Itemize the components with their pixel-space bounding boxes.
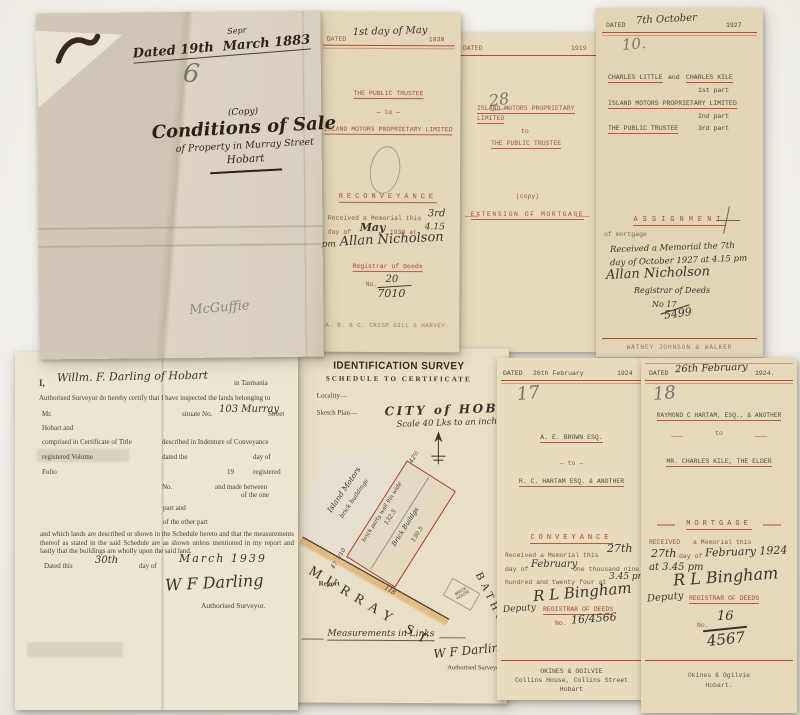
dated-the-label: dated the: [162, 453, 187, 461]
firm-line2: Hobart.: [641, 682, 797, 689]
party2: THE PUBLIC TRUSTEE: [491, 140, 561, 147]
registered-volume-label: registered Volume: [42, 453, 93, 461]
registrar-title-hand: Registrar of Deeds: [634, 286, 710, 295]
faint-stamp-bottom: [27, 642, 123, 657]
party3-text: THE PUBLIC TRUSTEE: [608, 125, 678, 134]
red-rule: [602, 32, 757, 33]
hobart-and: Hobart and: [42, 424, 73, 432]
pencil-number: 10.: [621, 35, 646, 54]
heading-reconveyance: RECONVEYANCE: [316, 193, 460, 202]
pen-cross-mark: [716, 220, 740, 221]
report-label: Report: [319, 580, 340, 588]
document-conditions-of-sale: 6 Sepr Dated 19th March 1883 (Copy) Cond…: [36, 11, 324, 360]
memorial-no-top: 16: [717, 610, 734, 625]
firm-name: WATNEY JOHNSON & WALKER: [596, 345, 763, 352]
heading-text: CONVEYANCE: [530, 534, 612, 544]
dated-label: DATED: [606, 22, 626, 29]
dash-left: [301, 638, 323, 639]
dated-this-label: Dated this: [44, 562, 73, 570]
red-rule: [645, 380, 793, 381]
part1-label: 1st part: [698, 87, 729, 94]
dated-year: 1919: [571, 45, 587, 52]
dated-label: DATED: [463, 45, 483, 52]
red-smudge-right: [763, 524, 781, 526]
dated-text: Dated 19th March 1883: [132, 32, 311, 63]
dash-right: [439, 637, 465, 638]
title-block: (Copy) Conditions of Sale of Property in…: [118, 101, 371, 179]
memorial-line2: day of: [505, 566, 528, 573]
tasmania-label: in Tasmania: [234, 379, 268, 387]
memorial-no-top: 20: [385, 274, 398, 286]
firm-name: A. B. & C. CRISP GILL & HARVEY.: [315, 323, 459, 331]
described-label: described in Indenture of Conveyance: [162, 438, 269, 446]
pencil-signature: McGuffie: [189, 299, 250, 319]
memorial-month-hand: February 1924: [705, 545, 788, 561]
pencil-number: 6: [181, 59, 200, 90]
fold-crease: [38, 225, 322, 231]
registered-label: registered: [253, 468, 281, 476]
red-dash-right: [755, 436, 767, 437]
dated-label: DATED: [327, 36, 347, 44]
photo-stage: 6 Sepr Dated 19th March 1883 (Copy) Cond…: [0, 0, 800, 715]
party1-text: ISLAND MOTORS PROPRIETARY: [477, 105, 575, 114]
firm-line2: Collins House, Collins Street: [497, 677, 646, 684]
party1-text: A. E. BROWN ESQ.: [540, 434, 602, 443]
surveyor-signature-label: Authorised Surveyor: [447, 664, 501, 672]
dated-hand: 1st day of May: [353, 25, 428, 39]
dated-insert: Sepr: [227, 26, 247, 37]
heading-extension: EXTENSION OF MORTGAGE: [455, 211, 600, 218]
dated-day-hand: 30th: [95, 555, 118, 567]
party1-text: THE PUBLIC TRUSTEE: [353, 90, 423, 99]
and-label: and: [668, 74, 680, 81]
registrar-title: REGISTRAR OF DEEDS: [689, 595, 759, 602]
memorial-pre: RECEIVED: [649, 539, 680, 546]
party1-line1: ISLAND MOTORS PROPRIETARY: [477, 105, 575, 112]
flourish-underline: [210, 168, 282, 173]
no-label: No.: [555, 620, 567, 627]
authorised-surveyor-label: Authorised Surveyor.: [201, 602, 265, 611]
party2-text: MR. CHARLES KILE, THE ELDER: [666, 458, 771, 467]
part3-label: 3rd part: [698, 125, 729, 132]
dated-month-hand: March 1939: [179, 553, 267, 566]
memorial-day-hand: 27th: [651, 548, 677, 561]
red-rule: [501, 380, 642, 381]
heading-text: RECONVEYANCE: [339, 193, 437, 204]
to-label: — to —: [497, 460, 646, 467]
memorial-day-hand: 3rd: [428, 208, 446, 220]
party2: MR. CHARLES KILE, THE ELDER: [641, 458, 797, 465]
party1-text2: LIMITED: [477, 115, 504, 124]
red-rule: [459, 55, 596, 56]
locality-label: Locality—: [317, 392, 347, 400]
registrar-signature: Allan Nicholson: [339, 231, 444, 251]
folio-label: Folio: [42, 468, 57, 476]
party2-text: ISLAND MOTORS PROPRIETARY LIMITED: [608, 100, 737, 109]
party2: R. C. HARTAM ESQ. & ANOTHER: [497, 478, 646, 485]
certify-line: Authorised Surveyor do hereby certify th…: [39, 394, 270, 402]
red-rule: [323, 45, 455, 47]
heading-text: MORTGAGE: [686, 520, 752, 530]
copy-label: (copy): [455, 193, 600, 200]
red-rule-bottom: [602, 338, 757, 339]
red-rule-bottom: [645, 660, 793, 661]
day-of-label: day of: [253, 453, 271, 461]
dated-label: DATED: [503, 370, 523, 377]
party1: RAYMOND C HARTAM, ESQ., & ANOTHER: [641, 412, 797, 419]
deputy-hand: Deputy: [503, 603, 536, 616]
dated-label: DATED: [649, 370, 669, 377]
firm-line1: Okines & Ogilvie: [641, 672, 797, 679]
dated-year: 1924.: [755, 370, 775, 377]
document-reconveyance: DATED 1st day of May 1930 THE PUBLIC TRU…: [315, 12, 461, 353]
year19-label: 19: [227, 468, 234, 476]
registrar-text: Registrar of Deeds: [352, 263, 422, 272]
document-surveyor-certificate: I, Willm. F. Darling of Hobart in Tasman…: [15, 352, 298, 710]
document-identification-survey: IDENTIFICATION SURVEY SCHEDULE TO CERTIF…: [287, 347, 509, 703]
dated-year: 1927: [726, 22, 742, 29]
scale-hand: Scale 40 Lks to an inch: [396, 418, 497, 431]
no-label: No.: [162, 483, 172, 491]
dated-year: 1924: [617, 370, 633, 377]
memorial-no-bottom: 7010: [377, 288, 405, 301]
dated-hand: 26th February: [675, 362, 748, 376]
dated-hand: 7th October: [636, 12, 697, 27]
deputy-hand: Deputy: [647, 590, 684, 605]
party1-line2: LIMITED: [477, 115, 504, 122]
made-between-label: and made between: [215, 483, 267, 491]
heading-text: ASSIGNMENT: [633, 216, 725, 226]
party1b-text: CHARLES KILE: [686, 74, 733, 83]
registrar-signature: Allan Nicholson: [606, 265, 710, 284]
party1a: CHARLES LITTLE: [608, 74, 663, 81]
registrar-text: REGISTRAR OF DEEDS: [689, 595, 759, 604]
fold-crease: [39, 243, 323, 249]
document-conveyance: DATED 26th February 1924 17 A. E. BROWN …: [497, 358, 646, 700]
document-extension-of-mortgage: DATED 1919 28 ISLAND MOTORS PROPRIETARY …: [455, 33, 600, 352]
to-label: to: [521, 128, 529, 135]
heading-conveyance: CONVEYANCE: [497, 534, 646, 542]
party2-text: R. C. HARTAM ESQ. & ANOTHER: [519, 478, 624, 487]
pencil-number: 17: [516, 383, 541, 406]
situate-label: situate No.: [182, 410, 212, 418]
registrar-title: Registrar of Deeds: [316, 263, 460, 271]
document-assignment: DATED 7th October 1927 10. CHARLES LITTL…: [596, 8, 763, 357]
street-label: Street: [268, 410, 284, 418]
party2: ISLAND MOTORS PROPRIETARY LIMITED: [608, 100, 737, 107]
survey-title: IDENTIFICATION SURVEY: [295, 359, 502, 372]
of-the-one-label: of the one: [241, 491, 269, 499]
day-of-label: day of: [679, 553, 702, 560]
party1-text: RAYMOND C HARTAM, ESQ., & ANOTHER: [657, 412, 782, 421]
memorial-no-hand: 16/4566: [571, 611, 617, 627]
pencil-number: 18: [652, 383, 677, 406]
party1: A. E. BROWN ESQ.: [497, 434, 646, 441]
no-label: No.: [365, 281, 377, 289]
part2-label: 2nd part: [698, 113, 729, 120]
heading-sub: of mortgage: [604, 231, 647, 238]
dated-typed: 26th February: [533, 370, 584, 377]
surveyor-name-hand: Willm. F. Darling of Hobart: [57, 370, 208, 385]
party1: THE PUBLIC TRUSTEE: [316, 90, 460, 98]
dated-suffix: March 1883: [222, 32, 311, 54]
party1b: CHARLES KILE: [686, 74, 733, 81]
sketch-plan-label: Sketch Plan—: [317, 409, 357, 417]
pencil-oval: [366, 144, 403, 196]
part-and-label: part and: [163, 504, 186, 512]
memorial-pm-hand: pm: [322, 240, 336, 250]
document-mortgage: DATED 26th February 1924. 18 RAYMOND C H…: [641, 358, 797, 713]
day-of-label2: day of: [139, 562, 157, 570]
brick-house-label: BRICK HOUSE: [453, 586, 470, 601]
firm-line3: Hobart: [497, 686, 646, 693]
of-other-part-label: of the other part: [163, 518, 208, 526]
party1a-text: CHARLES LITTLE: [608, 74, 663, 83]
dated-prefix: Dated 19th: [132, 40, 214, 61]
red-rule-2: [323, 48, 455, 50]
to-label: to: [641, 430, 797, 437]
page-edge-line: [302, 11, 308, 357]
measurements-note: Measurements in Links: [327, 629, 434, 642]
surveyor-signature: W F Darling: [165, 571, 264, 595]
survey-subtitle: SCHEDULE TO CERTIFICATE: [289, 374, 509, 383]
no-label: No.: [697, 622, 709, 629]
memorial-no-bottom: 5499: [663, 306, 692, 322]
red-rule-bottom: [501, 660, 642, 661]
party2-text: THE PUBLIC TRUSTEE: [491, 140, 561, 149]
heading-text: EXTENSION OF MORTGAGE: [471, 211, 584, 220]
memorial-no-bottom: 4567: [706, 629, 746, 650]
dated-year: 1930: [429, 36, 445, 44]
i-label: I,: [39, 378, 45, 388]
dated-line: Sepr Dated 19th March 1883: [128, 30, 315, 63]
comprised-label: comprised in Certificate of Title: [42, 438, 132, 446]
memorial-day-hand: 27th: [607, 543, 633, 556]
mr-label: Mr.: [42, 410, 52, 418]
firm-line1: OKINES & OGILVIE: [497, 668, 646, 675]
party3: THE PUBLIC TRUSTEE: [608, 125, 678, 132]
memorial-month-hand: February: [531, 559, 577, 571]
